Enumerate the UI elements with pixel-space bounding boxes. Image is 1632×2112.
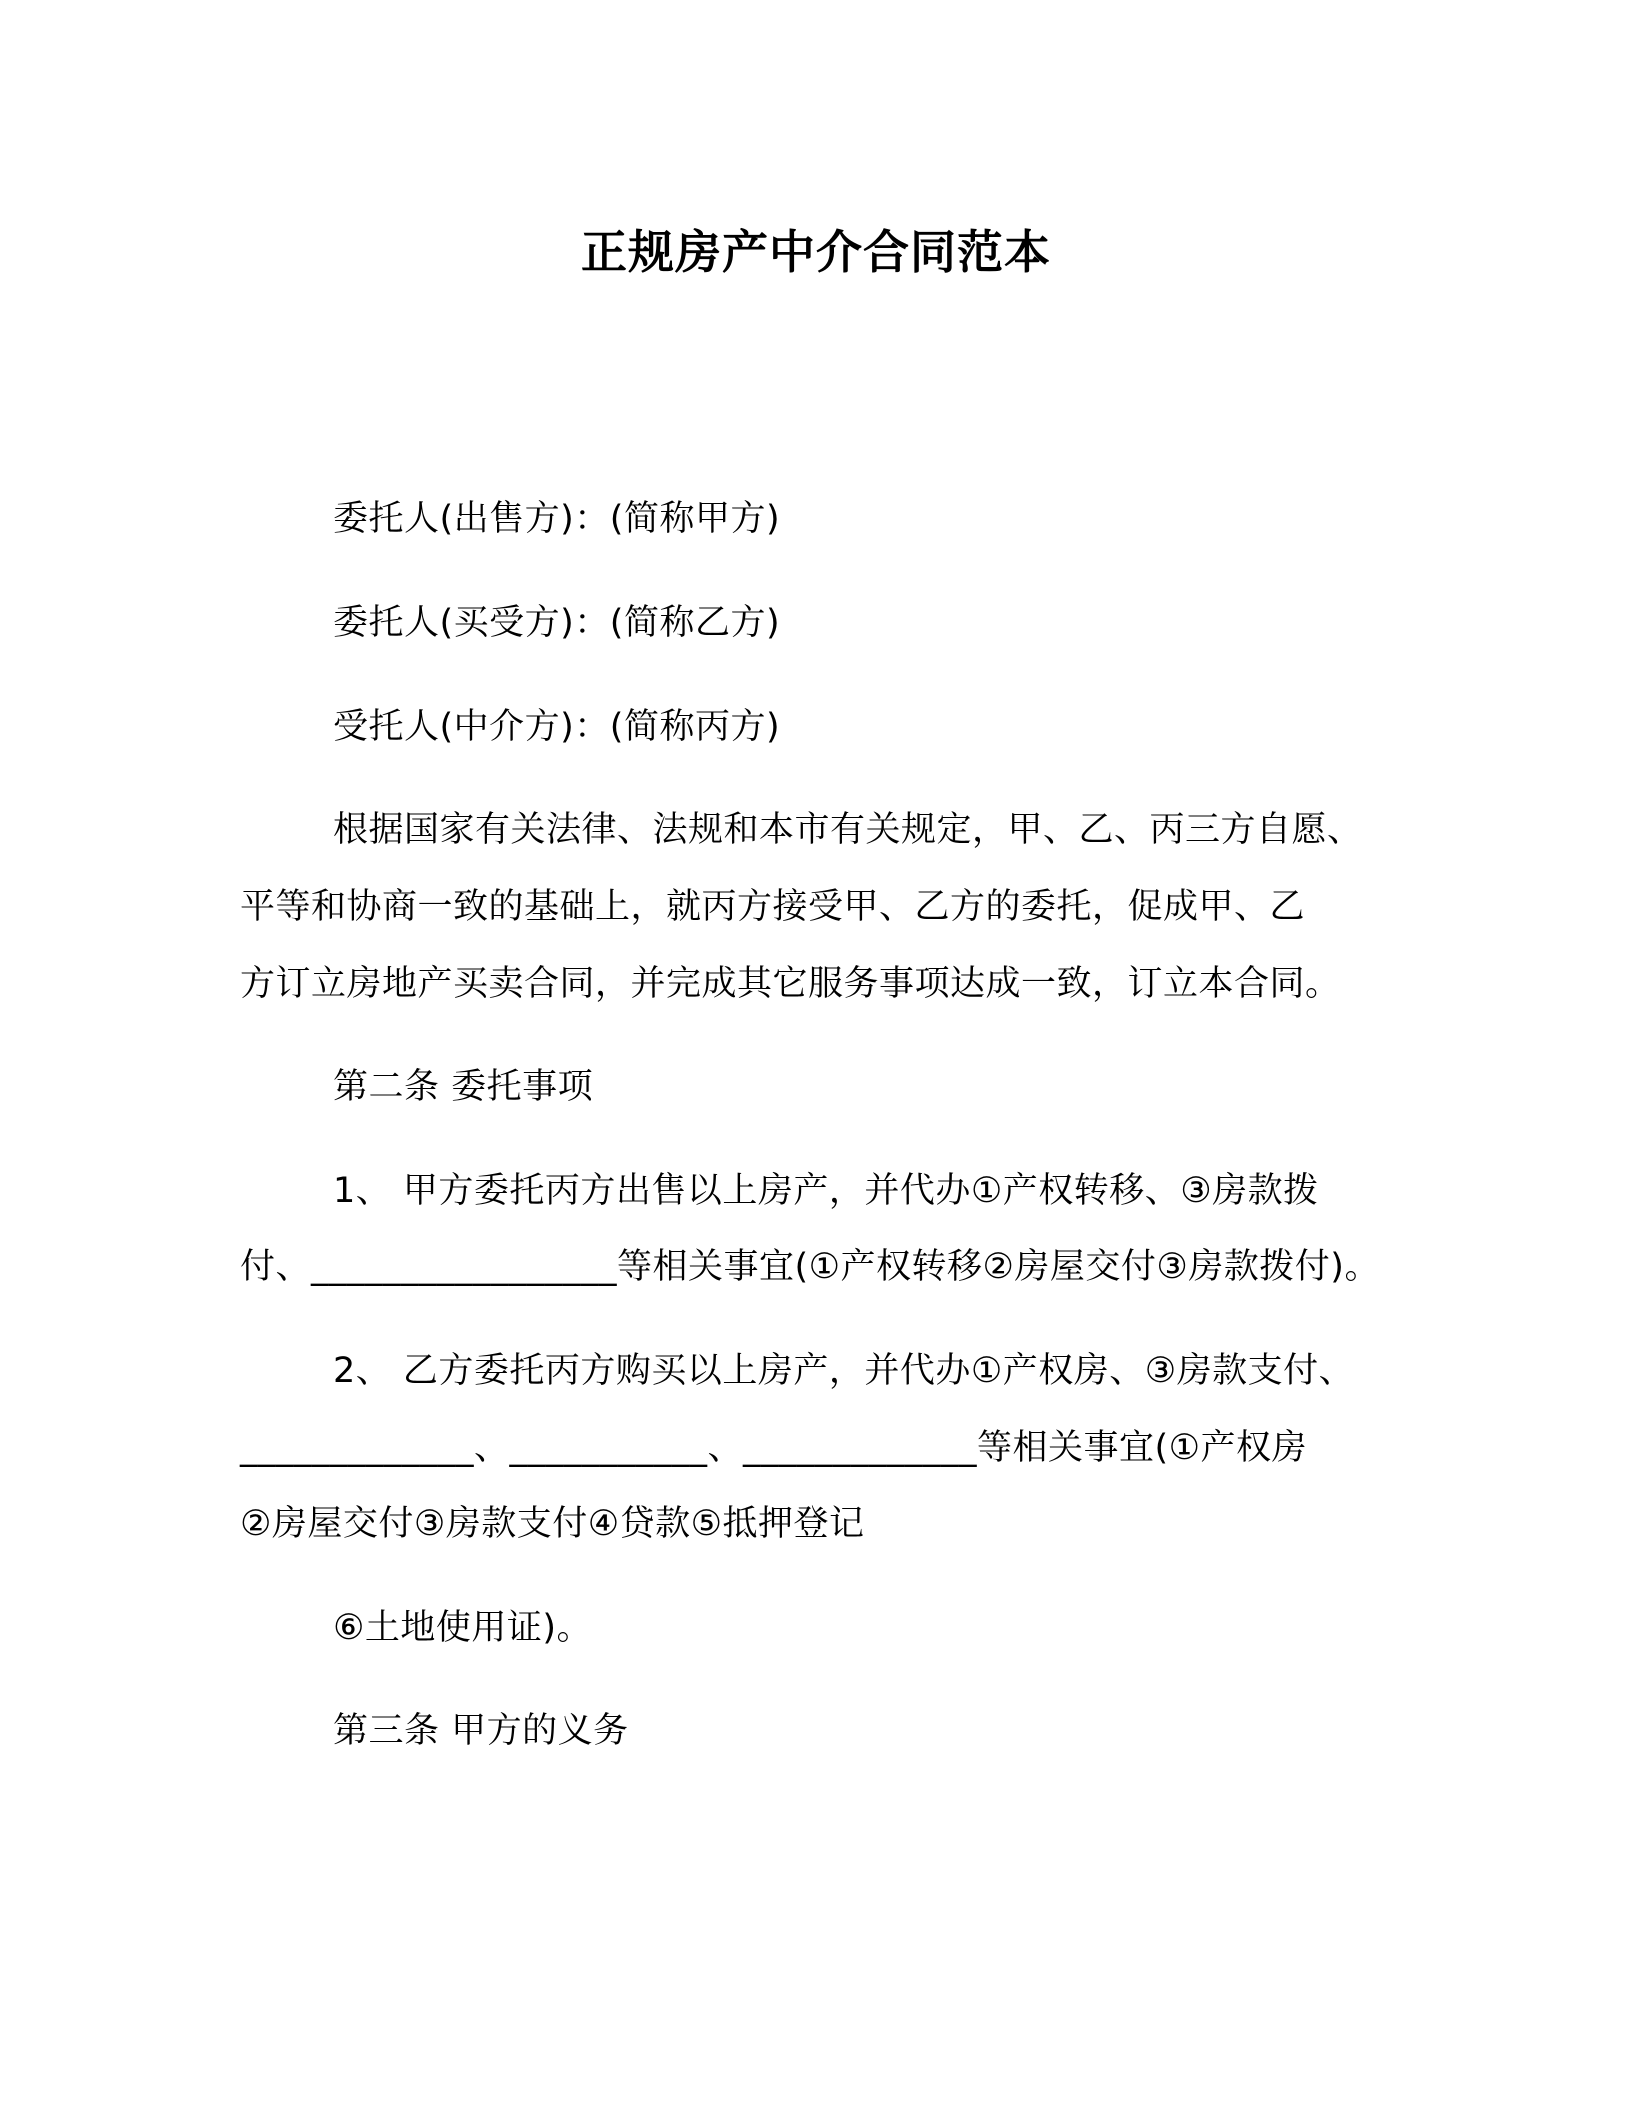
preamble-line-2: 平等和协商一致的基础上，就丙方接受甲、乙方的委托，促成甲、乙	[240, 883, 1305, 931]
document-page: 正规房产中介合同范本 委托人(出售方)：(简称甲方) 委托人(买受方)：(简称乙…	[0, 0, 1632, 2112]
article-2-item-1-line-1: 1、 甲方委托丙方出售以上房产，并代办①产权转移、③房款拨	[333, 1167, 1319, 1215]
article-3-heading: 第三条 甲方的义务	[333, 1707, 629, 1755]
article-2-item-1-line-2: 付、_________________等相关事宜(①产权转移②房屋交付③房款拨付…	[240, 1243, 1380, 1291]
article-2-item-2-line-2: _____________、___________、_____________等…	[240, 1424, 1307, 1472]
preamble-line-3: 方订立房地产买卖合同，并完成其它服务事项达成一致，订立本合同。	[240, 960, 1341, 1008]
article-2-item-2-line-1: 2、 乙方委托丙方购买以上房产，并代办①产权房、③房款支付、	[333, 1347, 1354, 1395]
article-2-item-2-line-4: ⑥土地使用证)。	[333, 1604, 592, 1652]
article-2-item-2-line-3: ②房屋交付③房款支付④贷款⑤抵押登记	[240, 1500, 865, 1548]
party-buyer: 委托人(买受方)：(简称乙方)	[333, 599, 780, 647]
preamble-line-1: 根据国家有关法律、法规和本市有关规定，甲、乙、丙三方自愿、	[333, 806, 1363, 854]
document-title: 正规房产中介合同范本	[0, 222, 1632, 282]
party-agent: 受托人(中介方)：(简称丙方)	[333, 703, 780, 751]
article-2-heading: 第二条 委托事项	[333, 1063, 593, 1111]
party-seller: 委托人(出售方)：(简称甲方)	[333, 495, 780, 543]
